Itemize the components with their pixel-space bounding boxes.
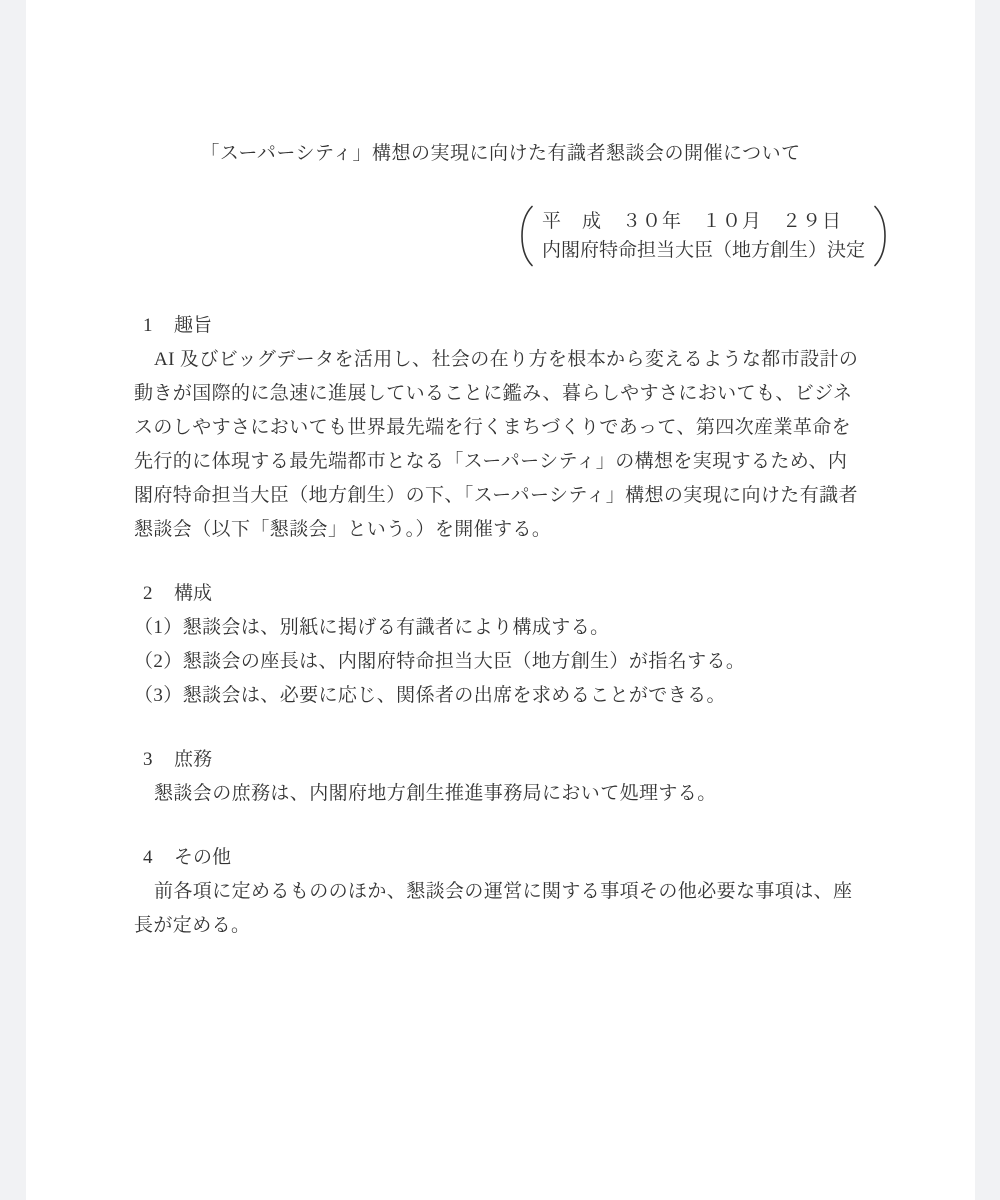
body-line: スのしやすさにおいても世界最先端を行くまちづくりであって、第四次産業革命を (134, 411, 879, 445)
body-line: 前各項に定めるもののほか、懇談会の運営に関する事項その他必要な事項は、座 (134, 875, 879, 909)
body-line: 懇談会（以下「懇談会」という。）を開催する。 (134, 513, 879, 547)
section-heading: 4その他 (134, 841, 879, 875)
body-line: 先行的に体現する最先端都市となる「スーパーシティ」の構想を実現するため、内 (134, 445, 879, 479)
decision-date-line: 平 成 ３０年 １０月 ２９日 (542, 207, 865, 236)
section-1: 1趣旨AI 及びビッグデータを活用し、社会の在り方を根本から変えるような都市設計… (134, 309, 879, 547)
section-title: 趣旨 (174, 315, 212, 336)
document-sections: 1趣旨AI 及びビッグデータを活用し、社会の在り方を根本から変えるような都市設計… (134, 309, 879, 943)
section-title: その他 (174, 847, 231, 868)
body-line: 閣府特命担当大臣（地方創生）の下、「スーパーシティ」構想の実現に向けた有識者 (134, 479, 879, 513)
decision-authority-line: 内閣府特命担当大臣（地方創生）決定 (542, 236, 865, 265)
decision-text: 平 成 ３０年 １０月 ２９日 内閣府特命担当大臣（地方創生）決定 (542, 207, 865, 265)
body-line: （1）懇談会は、別紙に掲げる有識者により構成する。 (134, 611, 879, 645)
open-bracket-icon (519, 205, 533, 267)
section-title: 構成 (174, 583, 212, 604)
section-heading: 2構成 (134, 577, 879, 611)
section-title: 庶務 (174, 749, 212, 770)
body-line: （3）懇談会は、必要に応じ、関係者の出席を求めることができる。 (134, 679, 879, 713)
right-gutter (975, 0, 1000, 1200)
document-title: 「スーパーシティ」構想の実現に向けた有識者懇談会の開催について (26, 0, 975, 165)
body-line: AI 及びビッグデータを活用し、社会の在り方を根本から変えるような都市設計の (134, 343, 879, 377)
left-gutter (0, 0, 26, 1200)
close-bracket-icon (874, 205, 888, 267)
section-number: 1 (143, 309, 174, 343)
section-number: 2 (143, 577, 174, 611)
body-line: 懇談会の庶務は、内閣府地方創生推進事務局において処理する。 (134, 777, 879, 811)
document-page: 「スーパーシティ」構想の実現に向けた有識者懇談会の開催について 平 成 ３０年 … (26, 0, 975, 1200)
section-2: 2構成（1）懇談会は、別紙に掲げる有識者により構成する。（2）懇談会の座長は、内… (134, 577, 879, 713)
body-line: 長が定める。 (134, 909, 879, 943)
section-4: 4その他前各項に定めるもののほか、懇談会の運営に関する事項その他必要な事項は、座… (134, 841, 879, 943)
section-3: 3庶務懇談会の庶務は、内閣府地方創生推進事務局において処理する。 (134, 743, 879, 811)
section-heading: 3庶務 (134, 743, 879, 777)
section-heading: 1趣旨 (134, 309, 879, 343)
section-number: 4 (143, 841, 174, 875)
decision-block: 平 成 ３０年 １０月 ２９日 内閣府特命担当大臣（地方創生）決定 (26, 205, 888, 267)
section-number: 3 (143, 743, 174, 777)
body-line: （2）懇談会の座長は、内閣府特命担当大臣（地方創生）が指名する。 (134, 645, 879, 679)
body-line: 動きが国際的に急速に進展していることに鑑み、暮らしやすさにおいても、ビジネ (134, 377, 879, 411)
